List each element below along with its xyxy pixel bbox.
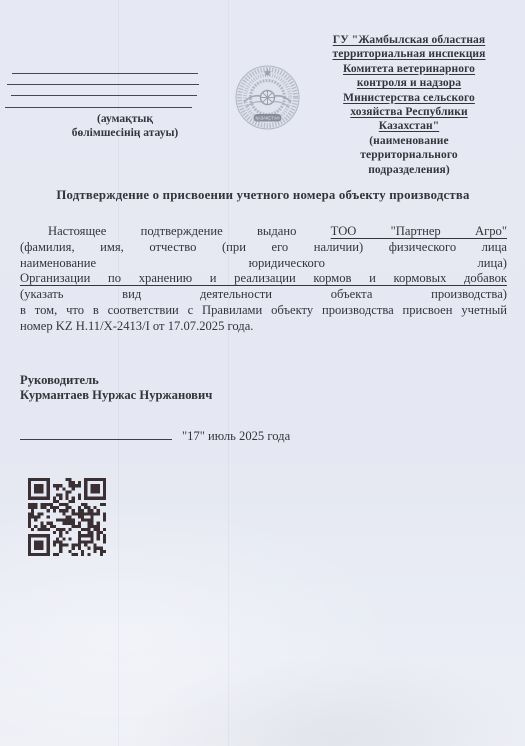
body-line: в том, что в соответствии с Правилами об… [20,303,507,319]
blank-line [5,107,192,108]
authority-caption-line: (наименование [306,134,512,148]
kazakhstan-coat-of-arms-icon: ҚАЗАҚСТАН [234,64,301,131]
blank-line [7,84,199,85]
authority-line: хозяйства Республики [306,105,512,119]
authority-line: контроля и надзора [306,76,512,90]
authority-line: ГУ "Жамбылская областная [306,33,512,47]
qr-code [28,478,106,556]
recipient-name: ТОО "Партнер Агро" [331,224,507,238]
territorial-unit-caption: (аумақтық бөлімшесінің атауы) [25,113,225,140]
authority-caption-line: подразделения) [306,163,512,177]
signer-role: Руководитель [20,373,212,388]
authority-line: Комитета ветеринарного [306,62,512,76]
body-line: наименование юридического лица) [20,256,507,272]
emblem-banner-text: ҚАЗАҚСТАН [255,115,279,120]
body-line: (указать вид деятельности объекта произв… [20,287,507,303]
issuing-authority-block: ГУ "Жамбылская областная территориальная… [306,33,512,177]
body-line: (фамилия, имя, отчество (при его наличии… [20,240,507,256]
date-row: "17" июль 2025 года [20,426,290,444]
registration-number-line: номер KZ H.11/X-2413/I от 17.07.2025 год… [20,319,507,335]
scan-crease [228,0,229,746]
authority-line: территориальная инспекция [306,47,512,61]
caption-line: бөлімшесінің атауы) [25,127,225,141]
signature-block: Руководитель Курмантаев Нуржас Нуржанови… [20,373,212,403]
body-line: Настоящее подтверждение выдано ТОО "Парт… [20,224,507,240]
authority-caption-line: территориального [306,148,512,162]
activity-type-line: Организации по хранению и реализации кор… [20,271,507,287]
signature-line [20,426,172,440]
blank-line [11,95,197,96]
body-text: Настоящее подтверждение выдано [48,224,296,238]
authority-line: Министерства сельского [306,91,512,105]
signer-name: Курмантаев Нуржас Нуржанович [20,388,212,403]
document-title: Подтверждение о присвоении учетного номе… [20,188,506,203]
document-body: Настоящее подтверждение выдано ТОО "Парт… [20,224,507,335]
caption-line: (аумақтық [25,113,225,127]
blank-line [12,73,198,74]
authority-line: Казахстан" [306,119,512,133]
issue-date: "17" июль 2025 года [182,429,290,443]
document-page: (аумақтық бөлімшесінің атауы) ҚАЗАҚСТАН … [0,0,525,746]
